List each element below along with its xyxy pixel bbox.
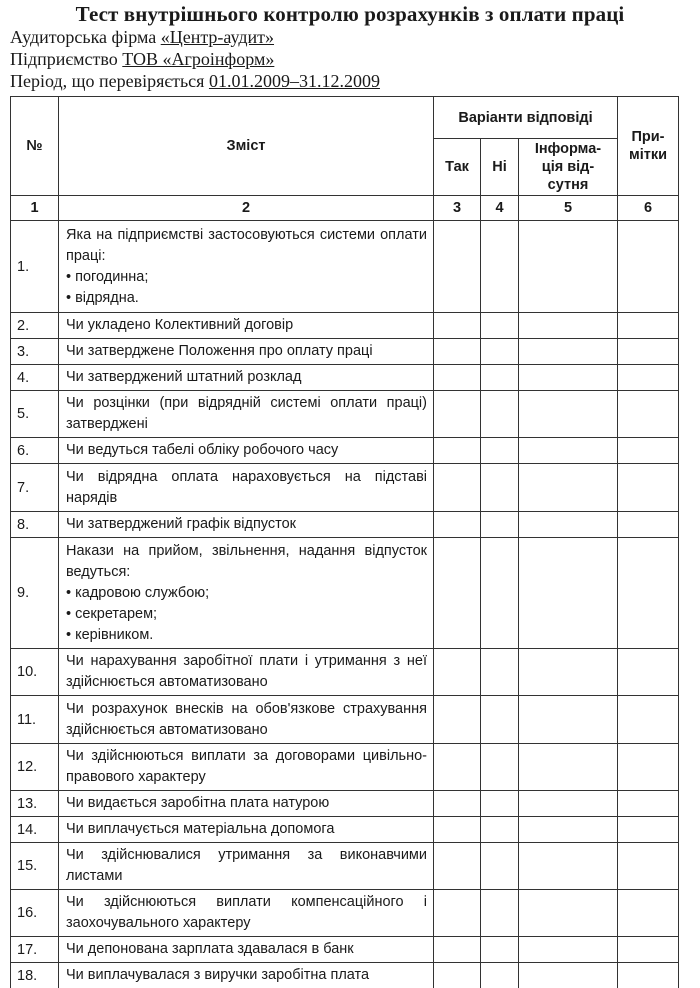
row-number: 3. [11, 339, 59, 365]
row-content: Чи затверджене Положення про оплату прац… [59, 339, 434, 365]
header-number: № [11, 97, 59, 196]
table-row: 2.Чи укладено Колективний договір [11, 313, 679, 339]
answer-info-absent-cell[interactable] [519, 365, 618, 391]
answer-yes-cell[interactable] [434, 649, 481, 696]
row-number: 10. [11, 649, 59, 696]
row-content: Чи нарахування заробітної плати і утрима… [59, 649, 434, 696]
notes-cell[interactable] [618, 221, 679, 313]
answer-no-cell[interactable] [481, 339, 519, 365]
audit-firm-value: «Центр-аудит» [161, 27, 274, 47]
answer-info-absent-cell[interactable] [519, 696, 618, 744]
row-question: Чи укладено Колективний договір [66, 317, 293, 333]
table-row: 3.Чи затверджене Положення про оплату пр… [11, 339, 679, 365]
notes-cell[interactable] [618, 963, 679, 988]
answer-no-cell[interactable] [481, 221, 519, 313]
table-row: 11.Чи розрахунок внесків на обов'язкове … [11, 696, 679, 744]
row-content: Яка на підприємстві застосовуються систе… [59, 221, 434, 313]
audit-firm-label: Аудиторська фірма [10, 27, 161, 47]
row-number: 15. [11, 843, 59, 890]
answer-yes-cell[interactable] [434, 538, 481, 649]
answer-no-cell[interactable] [481, 744, 519, 791]
row-number: 8. [11, 512, 59, 538]
column-number: 3 [434, 196, 481, 221]
header-info-absent: Інформа-ція від-сутня [519, 139, 618, 196]
answer-yes-cell[interactable] [434, 339, 481, 365]
answer-info-absent-cell[interactable] [519, 843, 618, 890]
row-question: Чи відрядна оплата нараховується на підс… [66, 469, 427, 506]
row-question: Чи затверджений штатний розклад [66, 369, 301, 385]
row-option: • секретарем; [66, 604, 427, 625]
row-number: 18. [11, 963, 59, 988]
row-question: Чи затверджене Положення про оплату прац… [66, 343, 373, 359]
answer-yes-cell[interactable] [434, 313, 481, 339]
column-numbers-row: 1 2 3 4 5 6 [11, 196, 679, 221]
answer-no-cell[interactable] [481, 512, 519, 538]
internal-control-test-table: № Зміст Варіанти відповіді При-мітки Так… [10, 96, 679, 988]
table-row: 10.Чи нарахування заробітної плати і утр… [11, 649, 679, 696]
answer-info-absent-cell[interactable] [519, 890, 618, 937]
header-yes: Так [434, 139, 481, 196]
table-row: 17.Чи депонована зарплата здавалася в ба… [11, 937, 679, 963]
header-content: Зміст [59, 97, 434, 196]
answer-yes-cell[interactable] [434, 438, 481, 464]
answer-info-absent-cell[interactable] [519, 963, 618, 988]
row-content: Чи здійснюються виплати за договорами ци… [59, 744, 434, 791]
row-number: 4. [11, 365, 59, 391]
answer-info-absent-cell[interactable] [519, 649, 618, 696]
table-row: 7.Чи відрядна оплата нараховується на пі… [11, 464, 679, 512]
row-question: Чи розрахунок внесків на обов'язкове стр… [66, 701, 427, 738]
row-question: Чи виплачується матеріальна допомога [66, 821, 334, 837]
row-content: Чи здійснюються виплати компенсаційного … [59, 890, 434, 937]
row-content: Чи видається заробітна плата натурою [59, 791, 434, 817]
header-notes: При-мітки [618, 97, 679, 196]
row-question: Чи здійснюються виплати компенсаційного … [66, 894, 427, 931]
table-row: 18.Чи виплачувалася з виручки заробітна … [11, 963, 679, 988]
period-label: Період, що перевіряється [10, 71, 209, 91]
answer-info-absent-cell[interactable] [519, 937, 618, 963]
row-content: Чи відрядна оплата нараховується на підс… [59, 464, 434, 512]
column-number: 4 [481, 196, 519, 221]
period-line: Період, що перевіряється 01.01.2009–31.1… [10, 70, 380, 92]
answer-no-cell[interactable] [481, 464, 519, 512]
row-content: Чи виплачується матеріальна допомога [59, 817, 434, 843]
row-option: • кадровою службою; [66, 583, 427, 604]
table-row: 8.Чи затверджений графік відпусток [11, 512, 679, 538]
row-question: Чи розцінки (при відрядній системі оплат… [66, 395, 427, 432]
row-question: Чи депонована зарплата здавалася в банк [66, 941, 354, 957]
answer-info-absent-cell[interactable] [519, 464, 618, 512]
row-question: Чи видається заробітна плата натурою [66, 795, 329, 811]
notes-cell[interactable] [618, 649, 679, 696]
notes-cell[interactable] [618, 365, 679, 391]
row-number: 6. [11, 438, 59, 464]
period-value: 01.01.2009–31.12.2009 [209, 71, 380, 91]
row-number: 13. [11, 791, 59, 817]
row-option: • погодинна; [66, 267, 427, 288]
answer-no-cell[interactable] [481, 696, 519, 744]
answer-no-cell[interactable] [481, 391, 519, 438]
header-answer-variants: Варіанти відповіді [434, 97, 618, 139]
answer-info-absent-cell[interactable] [519, 391, 618, 438]
page-title: Тест внутрішнього контролю розрахунків з… [0, 2, 700, 27]
answer-no-cell[interactable] [481, 365, 519, 391]
answer-yes-cell[interactable] [434, 843, 481, 890]
notes-cell[interactable] [618, 791, 679, 817]
notes-cell[interactable] [618, 890, 679, 937]
row-number: 12. [11, 744, 59, 791]
answer-yes-cell[interactable] [434, 391, 481, 438]
answer-yes-cell[interactable] [434, 221, 481, 313]
answer-no-cell[interactable] [481, 937, 519, 963]
notes-cell[interactable] [618, 696, 679, 744]
row-question: Чи нарахування заробітної плати і утрима… [66, 653, 427, 690]
enterprise-line: Підприємство ТОВ «Агроінформ» [10, 48, 274, 70]
answer-no-cell[interactable] [481, 438, 519, 464]
row-content: Чи виплачувалася з виручки заробітна пла… [59, 963, 434, 988]
table-row: 4.Чи затверджений штатний розклад [11, 365, 679, 391]
row-number: 17. [11, 937, 59, 963]
notes-cell[interactable] [618, 391, 679, 438]
header-no: Ні [481, 139, 519, 196]
answer-yes-cell[interactable] [434, 791, 481, 817]
table-row: 14.Чи виплачується матеріальна допомога [11, 817, 679, 843]
notes-cell[interactable] [618, 313, 679, 339]
answer-info-absent-cell[interactable] [519, 438, 618, 464]
table-row: 6.Чи ведуться табелі обліку робочого час… [11, 438, 679, 464]
notes-cell[interactable] [618, 843, 679, 890]
answer-info-absent-cell[interactable] [519, 791, 618, 817]
row-number: 1. [11, 221, 59, 313]
column-number: 6 [618, 196, 679, 221]
row-content: Чи ведуться табелі обліку робочого часу [59, 438, 434, 464]
answer-yes-cell[interactable] [434, 817, 481, 843]
row-content: Чи затверджений штатний розклад [59, 365, 434, 391]
notes-cell[interactable] [618, 339, 679, 365]
answer-no-cell[interactable] [481, 538, 519, 649]
row-question: Чи здійснювалися утримання за виконавчим… [66, 847, 427, 884]
answer-yes-cell[interactable] [434, 963, 481, 988]
answer-info-absent-cell[interactable] [519, 313, 618, 339]
table-row: 15.Чи здійснювалися утримання за виконав… [11, 843, 679, 890]
answer-no-cell[interactable] [481, 843, 519, 890]
column-number: 5 [519, 196, 618, 221]
row-content: Чи депонована зарплата здавалася в банк [59, 937, 434, 963]
row-content: Чи здійснювалися утримання за виконавчим… [59, 843, 434, 890]
table-row: 12.Чи здійснюються виплати за договорами… [11, 744, 679, 791]
row-question: Чи здійснюються виплати за договорами ци… [66, 748, 427, 785]
answer-no-cell[interactable] [481, 817, 519, 843]
audit-firm-line: Аудиторська фірма «Центр-аудит» [10, 26, 274, 48]
answer-yes-cell[interactable] [434, 512, 481, 538]
answer-info-absent-cell[interactable] [519, 221, 618, 313]
column-number: 2 [59, 196, 434, 221]
answer-no-cell[interactable] [481, 313, 519, 339]
row-number: 5. [11, 391, 59, 438]
row-number: 14. [11, 817, 59, 843]
enterprise-value: ТОВ «Агроінформ» [122, 49, 274, 69]
answer-yes-cell[interactable] [434, 890, 481, 937]
notes-cell[interactable] [618, 817, 679, 843]
answer-info-absent-cell[interactable] [519, 817, 618, 843]
answer-no-cell[interactable] [481, 791, 519, 817]
row-question: Чи затверджений графік відпусток [66, 516, 296, 532]
row-content: Накази на прийом, звільнення, надання ві… [59, 538, 434, 649]
answer-info-absent-cell[interactable] [519, 339, 618, 365]
row-number: 9. [11, 538, 59, 649]
row-question: Яка на підприємстві застосовуються систе… [66, 227, 427, 264]
row-question: Чи ведуться табелі обліку робочого часу [66, 442, 338, 458]
row-content: Чи розцінки (при відрядній системі оплат… [59, 391, 434, 438]
answer-yes-cell[interactable] [434, 365, 481, 391]
table-row: 1.Яка на підприємстві застосовуються сис… [11, 221, 679, 313]
answer-no-cell[interactable] [481, 963, 519, 988]
table-row: 5.Чи розцінки (при відрядній системі опл… [11, 391, 679, 438]
row-option: • відрядна. [66, 288, 427, 309]
row-content: Чи затверджений графік відпусток [59, 512, 434, 538]
table-row: 16.Чи здійснюються виплати компенсаційно… [11, 890, 679, 937]
row-option: • керівником. [66, 625, 427, 646]
answer-info-absent-cell[interactable] [519, 538, 618, 649]
row-question: Чи виплачувалася з виручки заробітна пла… [66, 967, 369, 983]
table-row: 9.Накази на прийом, звільнення, надання … [11, 538, 679, 649]
row-number: 16. [11, 890, 59, 937]
row-number: 7. [11, 464, 59, 512]
answer-info-absent-cell[interactable] [519, 512, 618, 538]
row-content: Чи укладено Колективний договір [59, 313, 434, 339]
row-question: Накази на прийом, звільнення, надання ві… [66, 543, 427, 580]
notes-cell[interactable] [618, 464, 679, 512]
notes-cell[interactable] [618, 744, 679, 791]
notes-cell[interactable] [618, 937, 679, 963]
answer-yes-cell[interactable] [434, 744, 481, 791]
notes-cell[interactable] [618, 438, 679, 464]
enterprise-label: Підприємство [10, 49, 122, 69]
column-number: 1 [11, 196, 59, 221]
answer-no-cell[interactable] [481, 890, 519, 937]
row-number: 11. [11, 696, 59, 744]
answer-yes-cell[interactable] [434, 464, 481, 512]
row-number: 2. [11, 313, 59, 339]
notes-cell[interactable] [618, 512, 679, 538]
notes-cell[interactable] [618, 538, 679, 649]
row-content: Чи розрахунок внесків на обов'язкове стр… [59, 696, 434, 744]
table-row: 13.Чи видається заробітна плата натурою [11, 791, 679, 817]
answer-yes-cell[interactable] [434, 937, 481, 963]
answer-no-cell[interactable] [481, 649, 519, 696]
answer-yes-cell[interactable] [434, 696, 481, 744]
answer-info-absent-cell[interactable] [519, 744, 618, 791]
